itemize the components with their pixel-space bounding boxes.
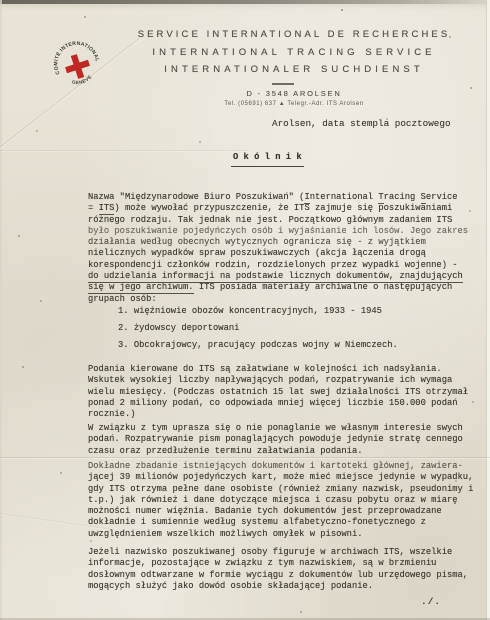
paragraph-results: Jeżeli nazwisko poszukiwanej osoby figur… bbox=[88, 547, 474, 592]
paper-crease bbox=[0, 150, 250, 151]
dateline: Arolsen, data stempla pocztowego bbox=[272, 118, 451, 129]
text-line: działania według obecnych wytycznych ogr… bbox=[88, 237, 474, 248]
text-line: korespondencji członków rodzin, rozdziel… bbox=[88, 260, 474, 271]
text-line: było poszukiwanie pojedyńczych osób i wy… bbox=[88, 226, 474, 237]
org-name-english: INTERNATIONAL TRACING SERVICE bbox=[112, 44, 476, 62]
text-line: nielicznych wypadków spraw poszukiwawczy… bbox=[88, 248, 474, 259]
paragraph-processing-order: Podania kierowane do ITS są załatwiane w… bbox=[88, 364, 474, 420]
list-item: 3. Obcokrajowcy, pracujący podczas wojny… bbox=[118, 340, 490, 351]
text-line: W związku z tym uprasza się o nie ponagl… bbox=[88, 423, 474, 434]
red-cross-badge-icon: COMITÉ INTERNATIONAL GENÈVE bbox=[52, 41, 103, 92]
text-line: rocznie.) bbox=[88, 409, 474, 420]
text-line: do udzielania informacji na podstawie li… bbox=[88, 271, 474, 282]
page-continuation-mark: ./. bbox=[421, 596, 441, 607]
org-name-german: INTERNATIONALER SUCHDIENST bbox=[112, 61, 476, 79]
letterhead-contact: Tel. (05691) 637 ▲ Telegr.-Adr. ITS Arol… bbox=[112, 99, 476, 109]
text-line: jącej 39 milionów pojedyńczych kart, moż… bbox=[88, 472, 474, 483]
document-title: O k ó l n i k bbox=[231, 152, 304, 167]
text-line: = ITS) może wywołać przypuszczenie, że I… bbox=[88, 203, 474, 214]
text-line: Podania kierowane do ITS są załatwiane w… bbox=[88, 364, 474, 375]
text-line: wielu miesięcy. (Podczas ostatnich 15 la… bbox=[88, 387, 474, 398]
org-name-french: SERVICE INTERNATIONAL DE RECHERCHES bbox=[112, 26, 476, 44]
text-line: t.p.) jak również i dane dotyczące miejs… bbox=[88, 495, 474, 506]
text-line: dosłownym odtwarzane w formie wyciągu z … bbox=[88, 570, 474, 581]
paragraph-no-reminders: W związku z tym uprasza się o nie ponagl… bbox=[88, 423, 474, 457]
letterhead-address: D - 3548 AROLSEN bbox=[112, 88, 476, 99]
text-line: grupach osób: bbox=[88, 294, 474, 305]
text-line: możności numer więźnia. Badanie tych dok… bbox=[88, 506, 474, 517]
paper-crease bbox=[0, 457, 490, 458]
text-line: Dokładne zbadanie istniejących dokumentó… bbox=[88, 461, 474, 472]
list-item: 1. więźniowie obozów koncentracyjnych, 1… bbox=[118, 306, 490, 317]
text-line: Wskutek wysokiej liczby napływających po… bbox=[88, 375, 474, 386]
text-line: mogących służyć jako dowód osobie składa… bbox=[88, 581, 474, 592]
text-line: gdy ITS otrzyma pełne dane osobiste (rów… bbox=[88, 484, 474, 495]
text-line: różnego rodzaju. Tak jednak nie jest. Po… bbox=[88, 215, 474, 226]
letterhead-divider bbox=[272, 83, 294, 85]
list-item: 2. żydowscy deportowani bbox=[118, 323, 490, 334]
text-line: ponad 2 miliony podań, co odpowiada mnie… bbox=[88, 398, 474, 409]
scanned-letter: COMITÉ INTERNATIONAL GENÈVE SERVICE INTE… bbox=[0, 0, 490, 620]
text-line: informacje, pozostające w związku z tym … bbox=[88, 558, 474, 569]
text-line: uwzględnieniem wszelkich możliwych omyłe… bbox=[88, 529, 474, 540]
text-line: Nazwa "Międzynarodowe Biuro Poszukiwań" … bbox=[88, 192, 474, 203]
text-line: się w jego archiwum. ITS posiada materia… bbox=[88, 282, 474, 293]
text-line: Jeżeli nazwisko poszukiwanej osoby figur… bbox=[88, 547, 474, 558]
paragraph-intro: Nazwa "Międzynarodowe Biuro Poszukiwań" … bbox=[88, 192, 474, 305]
scan-edge-left bbox=[0, 0, 2, 620]
text-line: czasu oraz przedłużenie terminu załatwia… bbox=[88, 446, 474, 457]
scan-edge-top bbox=[0, 0, 490, 4]
numbered-list: 1. więźniowie obozów koncentracyjnych, 1… bbox=[118, 306, 490, 358]
letterhead: SERVICE INTERNATIONAL DE RECHERCHES INTE… bbox=[112, 26, 476, 109]
dust-specks bbox=[0, 0, 2, 2]
paragraph-search-requirements: Dokładne zbadanie istniejących dokumentó… bbox=[88, 461, 474, 540]
text-line: podań. Rozpatrywanie pism ponaglających … bbox=[88, 434, 474, 445]
text-line: dokładnie i sumiennie według systemu alf… bbox=[88, 517, 474, 528]
